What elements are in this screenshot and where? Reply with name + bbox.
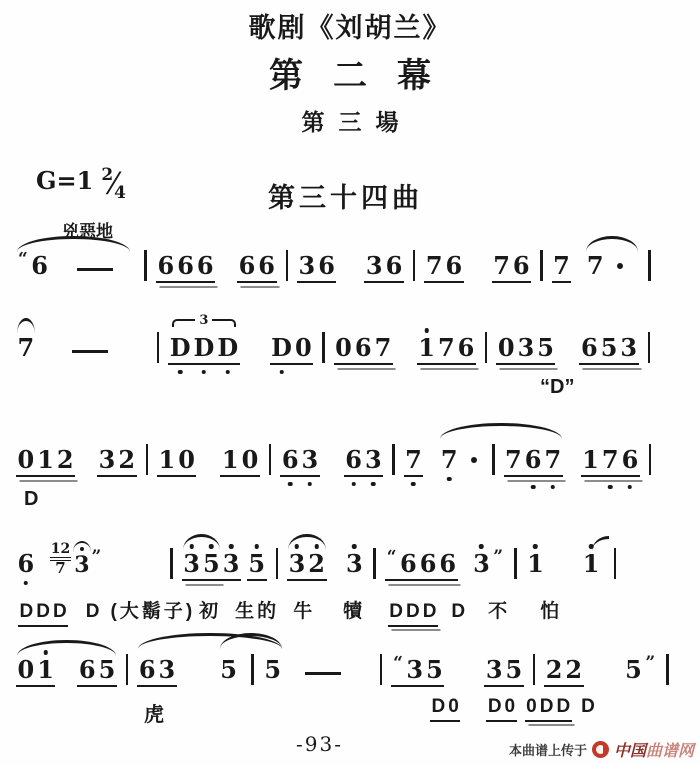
note-group: 犢 <box>342 596 364 623</box>
note-digit: 1 <box>220 448 240 472</box>
note-digit: ) <box>184 601 193 623</box>
barline <box>413 250 416 281</box>
lyric-line-3: D <box>24 488 38 511</box>
note-group: D <box>84 601 101 623</box>
barline <box>322 332 325 363</box>
grace-note-figure: 1273” <box>50 542 104 576</box>
music-line-4: 61273”3535323“6663”11 <box>16 546 625 576</box>
note-group: DDD3 <box>168 336 239 360</box>
note-digit: 6 <box>156 254 176 278</box>
opera-title: 歌剧《刘胡兰》 <box>0 6 700 45</box>
note-digit: 0 <box>177 448 197 472</box>
note-group: 36 <box>364 254 403 278</box>
note-group: 5 <box>263 658 283 682</box>
note-digit: D <box>51 601 68 623</box>
time-signature-denominator: 4 <box>114 183 126 203</box>
note-digit: 1 <box>581 552 601 576</box>
note-digit: 2 <box>55 448 75 472</box>
note-group: 10 <box>220 448 259 472</box>
lyric-line-4: DDDD(大鬍子)初生的牛犢DDDD不怕 <box>18 596 561 623</box>
note-group: D0 <box>486 696 516 718</box>
note-digit: ( <box>109 601 118 623</box>
note-group: 不 <box>487 596 509 623</box>
note-digit: 7 <box>436 336 456 360</box>
note-digit: 0 <box>525 696 539 718</box>
time-signature: 2 ⁄ 4 <box>101 167 126 202</box>
note-digit: D <box>192 336 216 360</box>
note-digit: 子 <box>162 596 184 623</box>
note-digit: 6 <box>444 254 464 278</box>
note-digit: 7 <box>543 448 563 472</box>
note-group: 7 <box>585 254 625 278</box>
note-digit: 不 <box>487 596 509 623</box>
note-group: D <box>450 601 467 623</box>
note-digit: 6 <box>237 254 257 278</box>
note-digit: 6 <box>257 254 277 278</box>
note-group: 66 <box>237 254 276 278</box>
note-digit: 2 <box>307 552 327 576</box>
grace-lower-note: 7 <box>55 561 65 576</box>
note-digit: 7 <box>16 336 36 360</box>
note-group: 012 <box>16 448 75 472</box>
note-group: 7 <box>439 448 479 472</box>
note-digit: D <box>18 601 35 623</box>
note-digit: D <box>388 601 405 623</box>
music-line-5: 01656355“3535225” <box>16 652 678 682</box>
note-digit: 1 <box>581 448 601 472</box>
note-digit: 6 <box>523 448 543 472</box>
site-logo-icon <box>592 741 609 758</box>
note-digit: 0 <box>16 658 36 682</box>
note-group: 666 <box>156 254 215 278</box>
note-group: 0DD <box>525 696 572 718</box>
lyric-line-5: D0D00DDD <box>430 696 596 718</box>
barline <box>533 654 536 685</box>
note-digit: 6 <box>280 448 300 472</box>
note-digit: 3 <box>287 552 307 576</box>
watermark: 本曲谱上传于 中国曲谱网 <box>509 738 694 761</box>
barline <box>146 444 149 475</box>
note-digit: 3 <box>157 658 177 682</box>
lyric-tiger: 虎 <box>144 698 164 727</box>
slur-group: 1 <box>581 552 601 576</box>
quote-mark: “ <box>18 251 28 268</box>
note-group: 653 <box>579 336 638 360</box>
note-digit: 0 <box>16 448 36 472</box>
note-digit: 5 <box>599 336 619 360</box>
barline <box>485 332 488 363</box>
barline <box>514 548 517 579</box>
site-name-dark: 中国 <box>614 743 646 760</box>
note-digit: 3 <box>297 254 317 278</box>
slur-group: 32 <box>287 552 326 576</box>
barline <box>666 654 669 685</box>
note-digit: 5 <box>624 658 644 682</box>
note-digit: 0 <box>293 336 313 360</box>
note-digit: 6 <box>353 336 373 360</box>
quote-mark: ” <box>493 549 503 566</box>
note-digit: 3 <box>182 552 202 576</box>
barline <box>286 250 289 281</box>
barline <box>614 548 617 579</box>
note-digit: 5 <box>425 658 445 682</box>
barline <box>251 654 254 685</box>
note-digit: 6 <box>384 254 404 278</box>
note-digit: 5 <box>219 658 239 682</box>
note-digit: 大 <box>118 596 140 623</box>
note-digit: 6 <box>438 552 458 576</box>
note-group: 3 <box>221 552 241 576</box>
barline <box>373 548 376 579</box>
note-group: 176 <box>417 336 476 360</box>
note-digit: 6 <box>579 336 599 360</box>
note-digit: 7 <box>492 254 512 278</box>
augmentation-dot <box>617 263 623 269</box>
note-digit: 0 <box>496 336 516 360</box>
note-digit: 6 <box>456 336 476 360</box>
note-digit: 5 <box>504 658 524 682</box>
note-digit: 鬍 <box>140 596 162 623</box>
note-group: 7 <box>552 254 572 278</box>
note-digit: D <box>421 601 438 623</box>
note-group: 76 <box>424 254 463 278</box>
note-digit: D <box>486 696 503 718</box>
note-digit: 3 <box>221 552 241 576</box>
note-group: 32 <box>97 448 136 472</box>
note-digit: 3 <box>97 448 117 472</box>
note-group: 36 <box>297 254 336 278</box>
note-group: 10 <box>157 448 196 472</box>
note-digit: 7 <box>373 336 393 360</box>
note-digit: 初 <box>198 596 220 623</box>
act-title: 第二幕 <box>0 48 700 97</box>
note-digit: 7 <box>585 254 605 278</box>
note-digit: 0 <box>334 336 354 360</box>
slur-group: 0165 <box>16 658 117 682</box>
note-group: 5 <box>219 658 239 682</box>
note-digit: 3 <box>364 254 384 278</box>
key-signature: G=1 <box>36 166 93 195</box>
note-group: 32 <box>287 552 326 576</box>
music-line-3: 012321010636377767176 <box>16 442 660 472</box>
note-group: 65 <box>77 658 116 682</box>
key-and-time-signature: G=1 2 ⁄ 4 <box>36 166 126 202</box>
note-group: “35 <box>391 658 444 682</box>
note-digit: 3 <box>484 658 504 682</box>
note-digit: D <box>404 601 421 623</box>
note-group: 初 <box>198 596 220 623</box>
barline <box>126 654 129 685</box>
note-digit: 6 <box>77 658 97 682</box>
triplet-mark: 3 <box>168 314 239 327</box>
music-line-2: 7DDD3D0067176035653 <box>16 330 659 360</box>
note-digit: 2 <box>117 448 137 472</box>
note-digit: 6 <box>398 552 418 576</box>
note-group: 01 <box>16 658 55 682</box>
slur-group: 35 <box>182 552 221 576</box>
note-digit: 3 <box>472 552 492 576</box>
note-digit: 1 <box>157 448 177 472</box>
barline <box>380 654 383 685</box>
note-digit: 犢 <box>342 596 364 623</box>
note-digit: 3 <box>516 336 536 360</box>
barline <box>648 332 651 363</box>
note-digit: 6 <box>511 254 531 278</box>
note-digit: 6 <box>620 448 640 472</box>
note-digit: 1 <box>526 552 546 576</box>
note-group: 1 <box>526 552 546 576</box>
note-digit: 5 <box>97 658 117 682</box>
note-group: 7 <box>404 448 424 472</box>
note-digit: D <box>580 696 597 718</box>
note-group: 035 <box>496 336 555 360</box>
note-digit: 5 <box>247 552 267 576</box>
note-digit: 6 <box>137 658 157 682</box>
note-digit: 2 <box>564 658 584 682</box>
note-digit: 7 <box>504 448 524 472</box>
note-group: 767 <box>504 448 563 472</box>
slur-group: 7 <box>585 254 639 278</box>
note-digit: D <box>538 696 555 718</box>
note-digit: 3 <box>405 658 425 682</box>
note-digit: 怕 <box>539 596 561 623</box>
note-digit: 6 <box>418 552 438 576</box>
lyric-line-2: “D” <box>540 376 574 399</box>
site-name-light: 曲谱网 <box>646 743 694 760</box>
note-group: 63 <box>280 448 319 472</box>
note-digit: D <box>270 336 294 360</box>
note-group: “666 <box>385 552 458 576</box>
note-digit: 1 <box>417 336 437 360</box>
note-group: 7 <box>16 336 36 360</box>
note-digit: D <box>84 601 101 623</box>
slur-group: 6355 <box>137 651 282 682</box>
note-group: 1 <box>581 552 601 576</box>
note-digit: 6 <box>30 254 50 278</box>
barline <box>269 444 272 475</box>
note-group: 3 <box>345 552 365 576</box>
quote-mark: “ <box>387 549 397 566</box>
barline <box>276 548 279 579</box>
note-digit: 6 <box>344 448 364 472</box>
note-digit: 0 <box>240 448 260 472</box>
note-group: 牛 <box>292 596 314 623</box>
barline <box>540 250 543 281</box>
note-digit: 7 <box>600 448 620 472</box>
note-digit: 7 <box>404 448 424 472</box>
barline <box>157 332 160 363</box>
note-digit: D <box>430 696 447 718</box>
watermark-upload-note: 本曲谱上传于 <box>509 740 587 759</box>
note-group: 22 <box>544 658 583 682</box>
note-digit: 牛 <box>292 596 314 623</box>
note-group: D <box>580 696 597 718</box>
note-group: “6 <box>16 254 49 278</box>
note-group: 35 <box>484 658 523 682</box>
dash-note <box>72 350 108 354</box>
note-digit: D <box>168 336 192 360</box>
quote-mark: ” <box>645 655 655 672</box>
note-digit: 的 <box>256 596 278 623</box>
song-number-title: 第三十四曲 <box>268 176 423 215</box>
note-group: 176 <box>581 448 640 472</box>
note-digit: 7 <box>552 254 572 278</box>
note-digit: 2 <box>544 658 564 682</box>
note-group: 6 <box>16 552 36 576</box>
note-digit: D <box>35 601 52 623</box>
note-digit: 3 <box>300 448 320 472</box>
note-digit: 5 <box>536 336 556 360</box>
note-digit: 6 <box>317 254 337 278</box>
barline <box>648 250 651 281</box>
note-group: DDD <box>388 601 438 623</box>
note-group: 63 <box>137 658 176 682</box>
note-group: 35 <box>182 552 221 576</box>
note-group: 怕 <box>539 596 561 623</box>
slur-group: 7 <box>16 336 36 360</box>
augmentation-dot <box>471 457 477 463</box>
note-digit: 1 <box>36 448 56 472</box>
slur-group: “6 <box>16 254 131 278</box>
note-group: (大鬍子) <box>109 596 194 623</box>
note-digit: D <box>216 336 240 360</box>
barline <box>392 444 395 475</box>
note-digit: 6 <box>176 254 196 278</box>
note-group: 5 <box>247 552 267 576</box>
note-digit: D <box>555 696 572 718</box>
dash-note <box>305 672 341 676</box>
dash-note <box>77 268 113 272</box>
grace-stack: 127 <box>50 542 71 576</box>
fermata-note: 3 <box>74 554 89 576</box>
note-group: 5” <box>624 658 657 682</box>
scene-title: 第三場 <box>0 104 700 137</box>
note-group: D0 <box>430 696 460 718</box>
note-digit: 6 <box>16 552 36 576</box>
barline <box>492 444 495 475</box>
note-digit: 生 <box>234 596 256 623</box>
note-digit: 3 <box>345 552 365 576</box>
page-number: -93- <box>296 732 343 756</box>
slur-group: 7767 <box>439 441 562 472</box>
watermark-site-name: 中国曲谱网 <box>614 738 694 761</box>
note-digit: 1 <box>36 658 56 682</box>
note-digit: 3 <box>363 448 383 472</box>
note-digit: 7 <box>439 448 459 472</box>
music-line-1: “6666663636767677 <box>16 248 660 278</box>
barline <box>144 250 147 281</box>
note-digit: 7 <box>424 254 444 278</box>
note-digit: 5 <box>201 552 221 576</box>
note-digit: 5 <box>263 658 283 682</box>
note-digit: D <box>450 601 467 623</box>
note-digit: 0 <box>503 696 517 718</box>
note-digit: 6 <box>195 254 215 278</box>
note-group: 63 <box>344 448 383 472</box>
note-group: 067 <box>334 336 393 360</box>
note-group: 生的 <box>234 596 278 623</box>
note-digit: 3 <box>619 336 639 360</box>
time-signature-numerator: 2 <box>101 165 113 185</box>
sheet-music-page: 歌剧《刘胡兰》 第二幕 第三場 G=1 2 ⁄ 4 第三十四曲 兇惡地 “666… <box>0 0 700 765</box>
note-group: DDD <box>18 601 68 623</box>
note-digit: 0 <box>447 696 461 718</box>
slur-group: 55 <box>219 651 283 682</box>
quote-mark: ” <box>92 549 102 566</box>
note-group: 76 <box>492 254 531 278</box>
barline <box>170 548 173 579</box>
note-group: 3” <box>472 552 505 576</box>
quote-mark: “ <box>393 655 403 672</box>
note-group: D0 <box>270 336 314 360</box>
barline <box>649 444 652 475</box>
